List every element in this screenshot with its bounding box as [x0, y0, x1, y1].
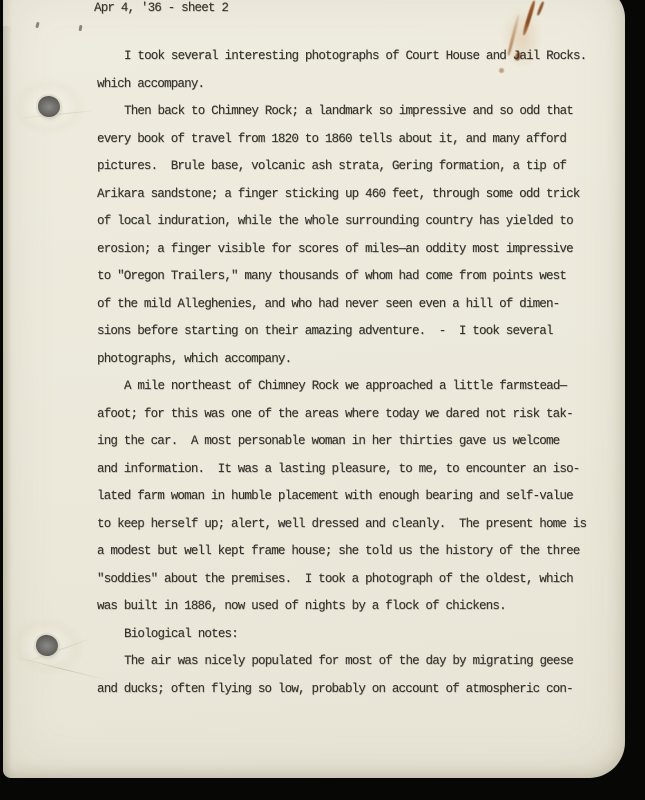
typed-line: sions before starting on their amazing a… — [97, 318, 607, 346]
ink-speck — [79, 25, 83, 31]
typed-line: pictures. Brule base, volcanic ash strat… — [97, 153, 607, 181]
typed-line: of local induration, while the whole sur… — [97, 208, 607, 236]
typed-document-body: I took several interesting photographs o… — [97, 43, 607, 703]
paper-sheet: Apr 4, '36 - sheet 2 I took several inte… — [3, 0, 625, 778]
typed-line: Then back to Chimney Rock; a landmark so… — [97, 98, 607, 126]
typed-line: ing the car. A most personable woman in … — [97, 428, 607, 456]
typed-line: A mile northeast of Chimney Rock we appr… — [97, 373, 607, 401]
typed-line: of the mild Alleghenies, and who had nev… — [97, 291, 607, 319]
hole-punch-bottom — [35, 634, 60, 658]
typed-line: was built in 1886, now used of nights by… — [97, 593, 607, 621]
typed-line: Biological notes: — [97, 621, 607, 649]
typed-line: which accompany. — [97, 71, 607, 99]
typed-line: afoot; for this was one of the areas whe… — [97, 401, 607, 429]
typed-line: I took several interesting photographs o… — [97, 43, 607, 71]
typed-line: lated farm woman in humble placement wit… — [97, 483, 607, 511]
typed-line: The air was nicely populated for most of… — [97, 648, 607, 676]
paper-edge-strip — [3, 26, 12, 778]
scanned-page-photo: Apr 4, '36 - sheet 2 I took several inte… — [0, 0, 645, 800]
typed-line: to "Oregon Trailers," many thousands of … — [97, 263, 607, 291]
typed-line: and ducks; often flying so low, probably… — [97, 676, 607, 704]
typed-date-header: Apr 4, '36 - sheet 2 — [94, 1, 228, 15]
typed-line: photographs, which accompany. — [97, 346, 607, 374]
typed-line: "soddies" about the premises. I took a p… — [97, 566, 607, 594]
typed-line: a modest but well kept frame house; she … — [97, 538, 607, 566]
typed-line: erosion; a finger visible for scores of … — [97, 236, 607, 264]
typed-line: to keep herself up; alert, well dressed … — [97, 511, 607, 539]
typed-line: every book of travel from 1820 to 1860 t… — [97, 126, 607, 154]
hole-punch-top — [38, 96, 60, 117]
typed-line: Arikara sandstone; a finger sticking up … — [97, 181, 607, 209]
typed-line: and information. It was a lasting pleasu… — [97, 456, 607, 484]
ink-speck — [35, 22, 39, 29]
